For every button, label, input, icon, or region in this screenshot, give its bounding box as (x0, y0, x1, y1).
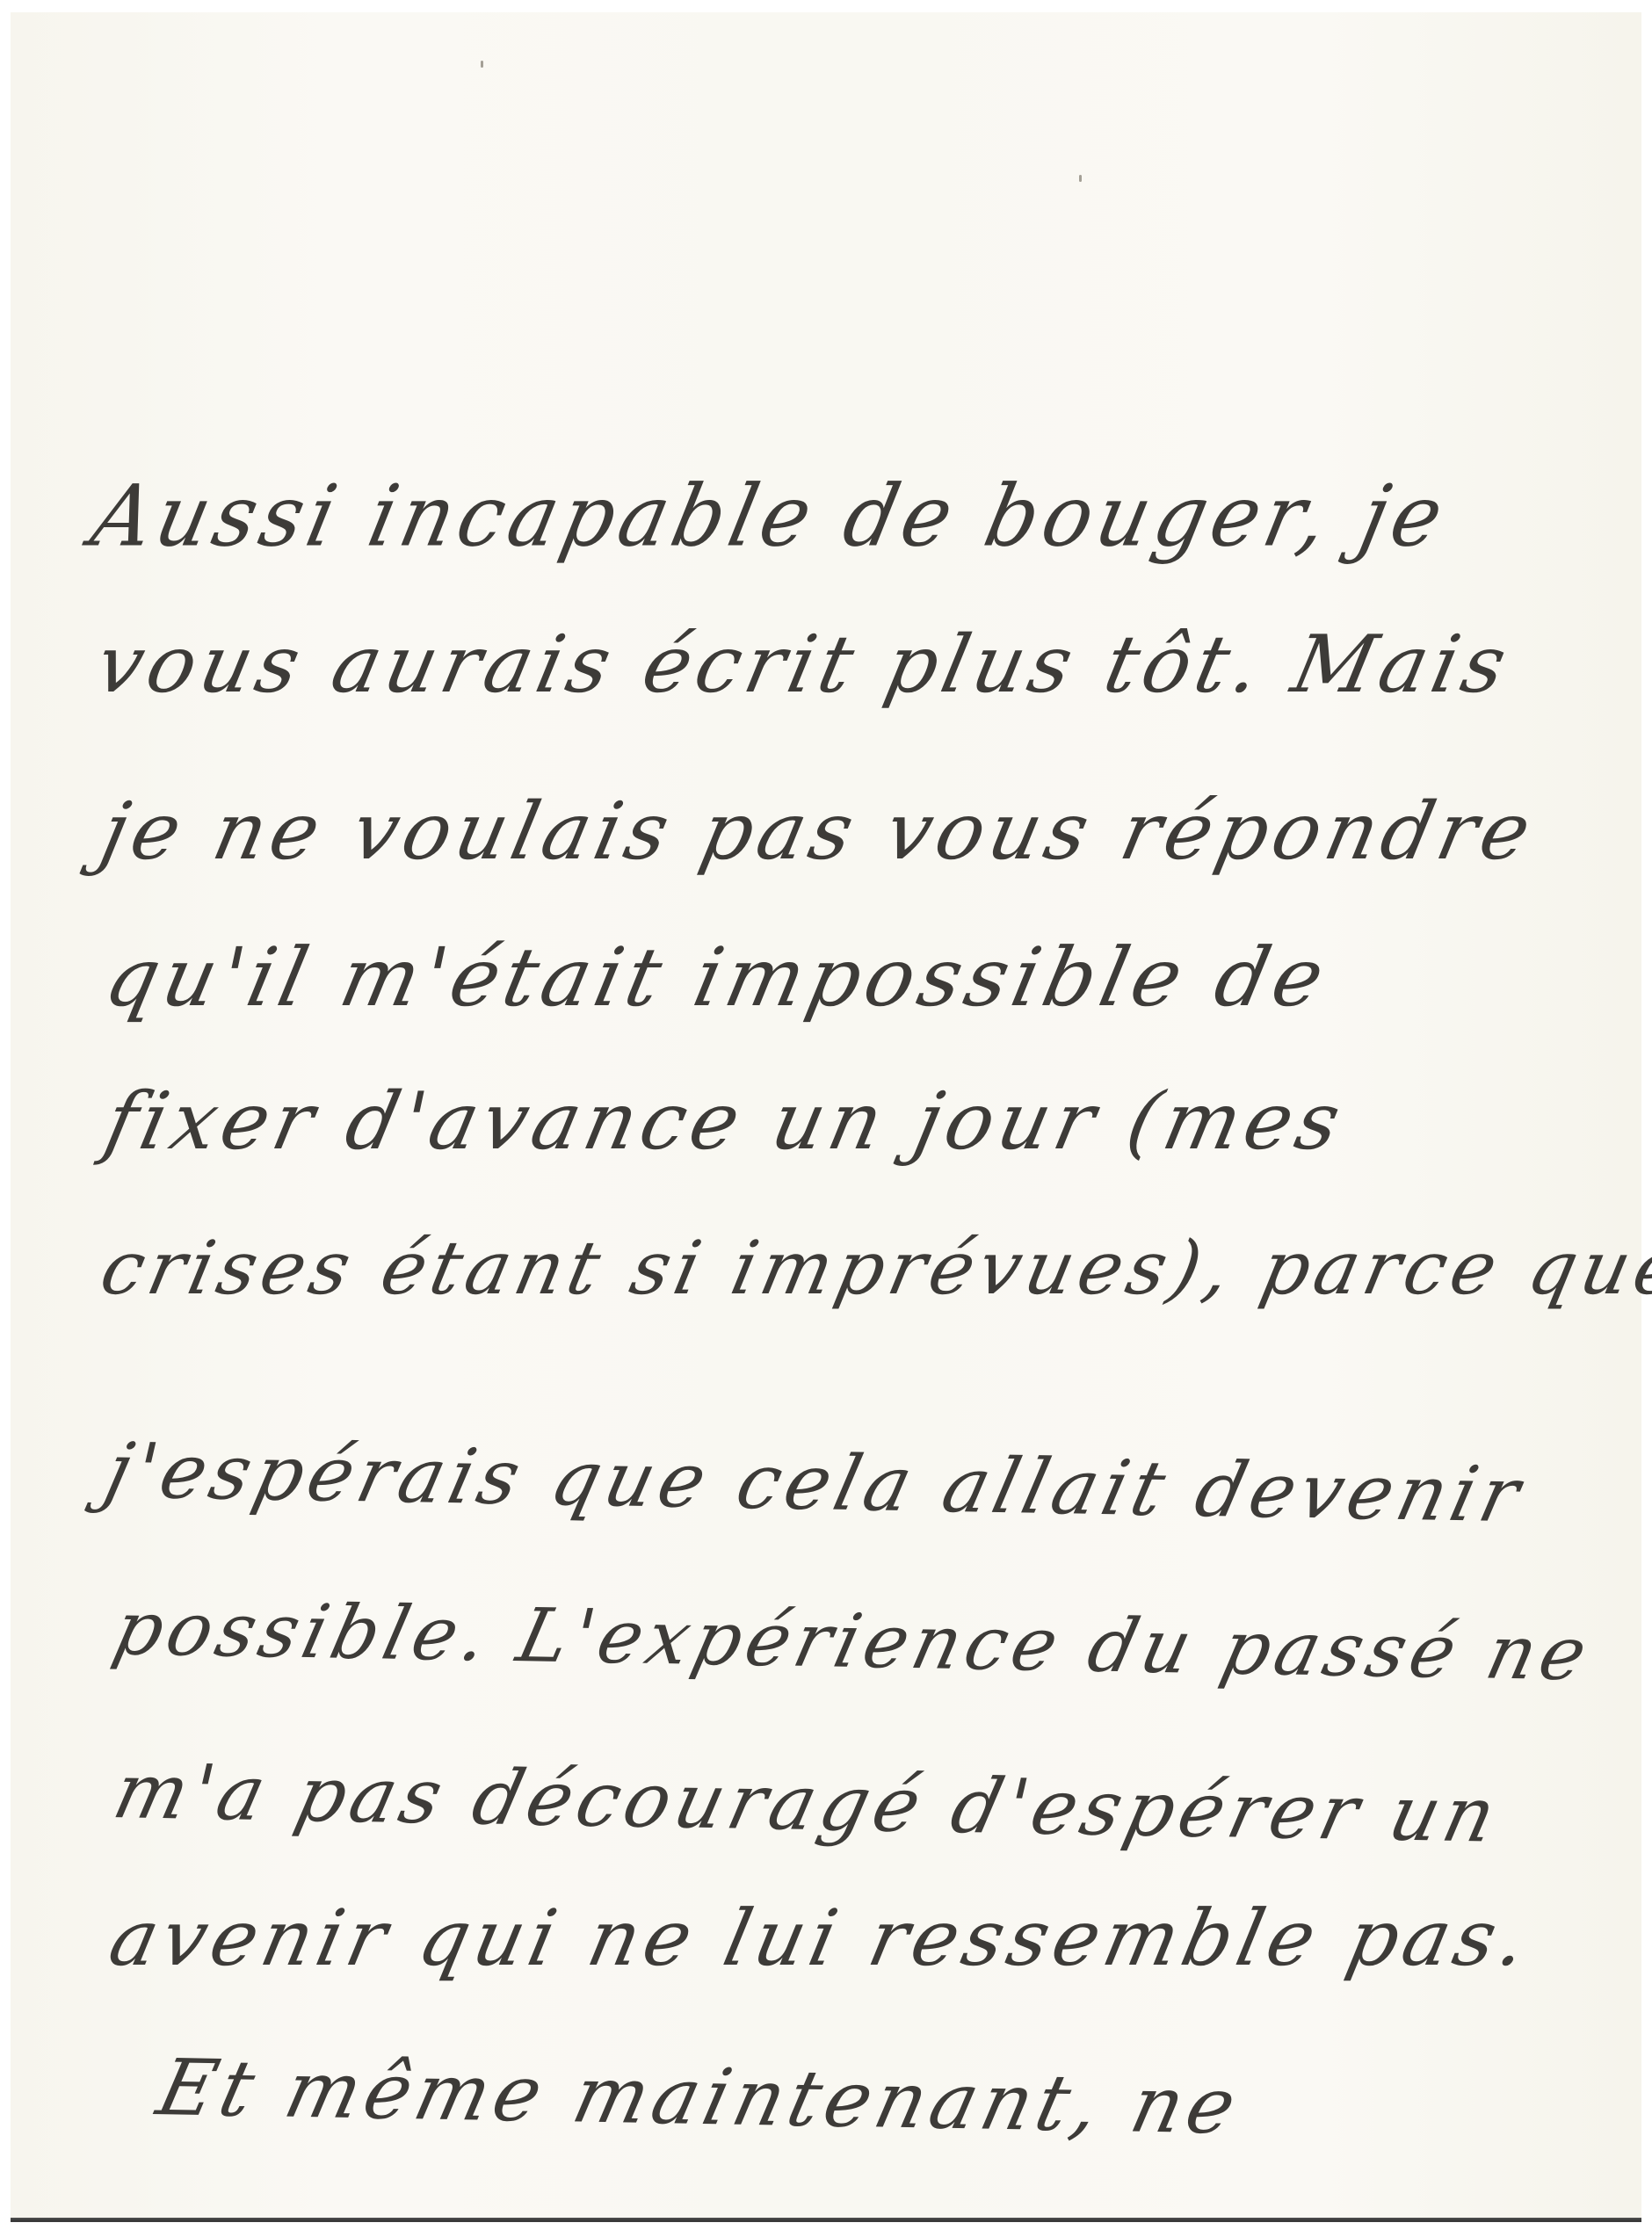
letter-line-8: possible. L'expérience du passé ne (106, 1585, 1600, 1697)
letter-line-1: Aussi incapable de bouger, je (83, 467, 1456, 565)
letter-line-7: j'espérais que cela allait devenir (98, 1427, 1533, 1539)
letter-line-5: fixer d'avance un jour (mes (98, 1075, 1353, 1168)
letter-line-2: vous aurais écrit plus tôt. Mais (89, 619, 1519, 711)
paper-speck (1079, 175, 1082, 182)
paper-speck (481, 61, 483, 68)
letter-page: Aussi incapable de bouger, je vous aurai… (11, 12, 1641, 2219)
letter-line-4: qu'il m'était impossible de (98, 930, 1337, 1024)
letter-line-10: avenir qui ne lui ressemble pas. (102, 1893, 1540, 1983)
letter-line-11: Et même maintenant, ne (149, 2042, 1250, 2151)
letter-line-6: crises étant si imprévues), parce que (94, 1225, 1652, 1311)
letter-line-3: je ne voulais pas vous répondre (93, 786, 1544, 878)
letter-line-9: m'a pas découragé d'espérer un (106, 1748, 1509, 1860)
